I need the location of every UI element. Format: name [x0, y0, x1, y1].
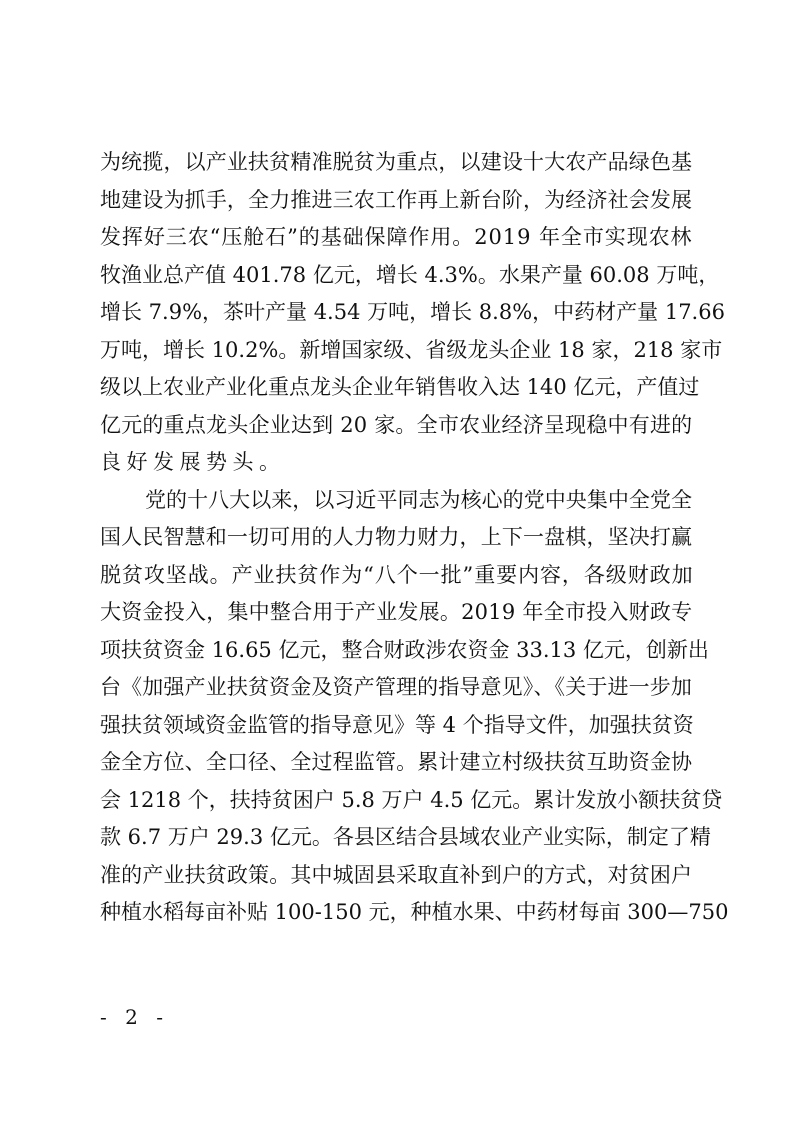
text-line: 款 6.7 万户 29.3 亿元。各县区结合县域农业产业实际，制定了精 — [100, 819, 692, 857]
text-line: 良好发展势头。 — [100, 444, 692, 482]
text-line: 项扶贫资金 16.65 亿元，整合财政涉农资金 33.13 亿元，创新出 — [100, 632, 692, 670]
text-line: 地建设为抓手，全力推进三农工作再上新台阶，为经济社会发展 — [100, 182, 692, 220]
text-line: 党的十八大以来，以习近平同志为核心的党中央集中全党全 — [100, 482, 692, 520]
text-line: 台《加强产业扶贫资金及资产管理的指导意见》、《关于进一步加 — [100, 669, 692, 707]
text-line: 万吨，增长 10.2%。新增国家级、省级龙头企业 18 家，218 家市 — [100, 332, 692, 370]
text-line: 牧渔业总产值 401.78 亿元，增长 4.3%。水果产量 60.08 万吨， — [100, 257, 692, 295]
text-line: 国人民智慧和一切可用的人力物力财力，上下一盘棋，坚决打赢 — [100, 519, 692, 557]
paragraph-1: 为统揽，以产业扶贫精准脱贫为重点，以建设十大农产品绿色基 地建设为抓手，全力推进… — [100, 144, 692, 482]
text-line: 准的产业扶贫政策。其中城固县采取直补到户的方式，对贫困户 — [100, 857, 692, 895]
text-line: 种植水稻每亩补贴 100-150 元，种植水果、中药材每亩 300—750 — [100, 894, 692, 932]
text-line: 强扶贫领域资金监管的指导意见》等 4 个指导文件，加强扶贫资 — [100, 707, 692, 745]
text-line: 增长 7.9%，茶叶产量 4.54 万吨，增长 8.8%，中药材产量 17.66 — [100, 294, 692, 332]
text-line: 脱贫攻坚战。产业扶贫作为“八个一批”重要内容，各级财政加 — [100, 557, 692, 595]
page-number: - 2 - — [100, 1005, 169, 1029]
text-line: 大资金投入，集中整合用于产业发展。2019 年全市投入财政专 — [100, 594, 692, 632]
body-text: 为统揽，以产业扶贫精准脱贫为重点，以建设十大农产品绿色基 地建设为抓手，全力推进… — [100, 144, 692, 932]
document-page: 为统揽，以产业扶贫精准脱贫为重点，以建设十大农产品绿色基 地建设为抓手，全力推进… — [0, 0, 793, 1122]
text-line: 亿元的重点龙头企业达到 20 家。全市农业经济呈现稳中有进的 — [100, 407, 692, 445]
text-line: 金全方位、全口径、全过程监管。累计建立村级扶贫互助资金协 — [100, 744, 692, 782]
paragraph-2: 党的十八大以来，以习近平同志为核心的党中央集中全党全 国人民智慧和一切可用的人力… — [100, 482, 692, 932]
text-line: 级以上农业产业化重点龙头企业年销售收入达 140 亿元，产值过 — [100, 369, 692, 407]
text-line: 会 1218 个，扶持贫困户 5.8 万户 4.5 亿元。累计发放小额扶贫贷 — [100, 782, 692, 820]
text-line: 为统揽，以产业扶贫精准脱贫为重点，以建设十大农产品绿色基 — [100, 144, 692, 182]
text-line: 发挥好三农“压舱石”的基础保障作用。2019 年全市实现农林 — [100, 219, 692, 257]
